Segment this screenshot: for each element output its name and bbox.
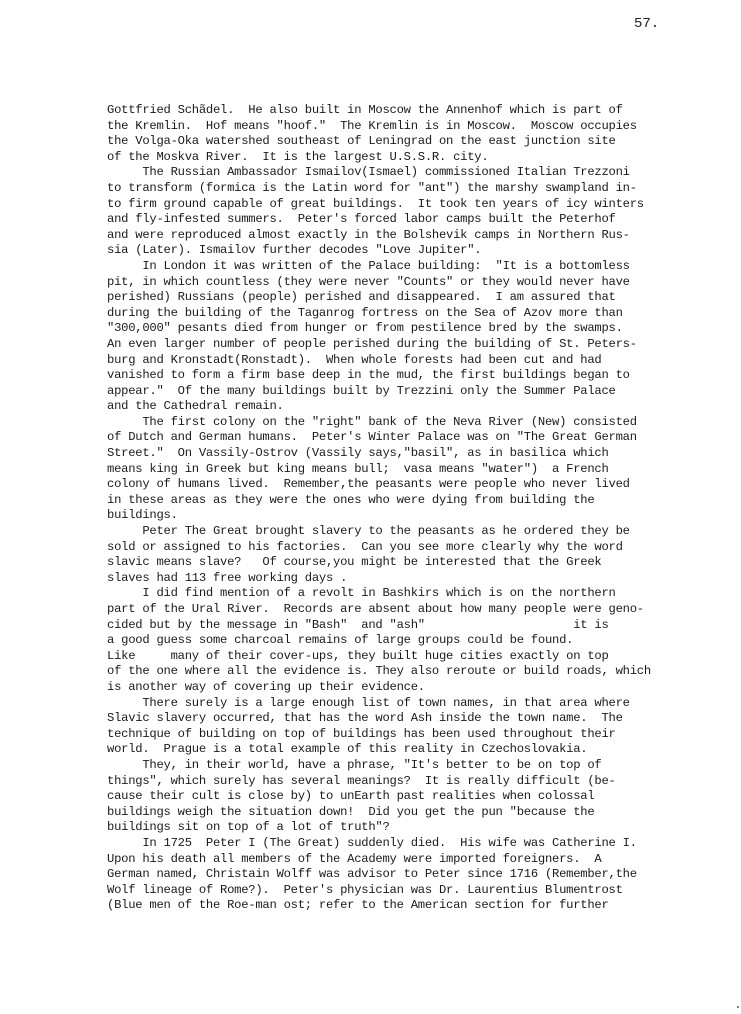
text-line: appear." Of the many buildings built by … <box>107 384 667 400</box>
text-line: Upon his death all members of the Academ… <box>107 852 667 868</box>
text-line: of the one where all the evidence is. Th… <box>107 664 667 680</box>
text-line: Peter The Great brought slavery to the p… <box>107 524 667 540</box>
text-line: pit, in which countless (they were never… <box>107 275 667 291</box>
text-line: a good guess some charcoal remains of la… <box>107 633 667 649</box>
text-line: part of the Ural River. Records are abse… <box>107 602 667 618</box>
text-line: in these areas as they were the ones who… <box>107 493 667 509</box>
text-line: burg and Kronstadt(Ronstadt). When whole… <box>107 353 667 369</box>
text-line: German named, Christain Wolff was adviso… <box>107 867 667 883</box>
text-line: They, in their world, have a phrase, "It… <box>107 758 667 774</box>
text-line: and were reproduced almost exactly in th… <box>107 228 667 244</box>
text-line: things", which surely has several meanin… <box>107 774 667 790</box>
text-line: The first colony on the "right" bank of … <box>107 415 667 431</box>
text-line: cause their cult is close by) to unEarth… <box>107 789 667 805</box>
text-line: technique of building on top of building… <box>107 727 667 743</box>
text-line: vanished to form a firm base deep in the… <box>107 368 667 384</box>
text-line: buildings. <box>107 508 667 524</box>
text-line: There surely is a large enough list of t… <box>107 696 667 712</box>
text-line: cided but by the message in "Bash" and "… <box>107 618 667 634</box>
text-line: and the Cathedral remain. <box>107 399 667 415</box>
text-line: is another way of covering up their evid… <box>107 680 667 696</box>
text-line: during the building of the Taganrog fort… <box>107 306 667 322</box>
scan-artifact <box>737 1006 739 1008</box>
text-line: In 1725 Peter I (The Great) suddenly die… <box>107 836 667 852</box>
text-line: sia (Later). Ismailov further decodes "L… <box>107 243 667 259</box>
text-line: of the Moskva River. It is the largest U… <box>107 150 667 166</box>
text-line: perished) Russians (people) perished and… <box>107 290 667 306</box>
text-line: buildings sit on top of a lot of truth"? <box>107 820 667 836</box>
text-line: and fly-infested summers. Peter's forced… <box>107 212 667 228</box>
text-line: the Volga-Oka watershed southeast of Len… <box>107 134 667 150</box>
text-line: Slavic slavery occurred, that has the wo… <box>107 711 667 727</box>
text-line: slavic means slave? Of course,you might … <box>107 555 667 571</box>
text-line: In London it was written of the Palace b… <box>107 259 667 275</box>
page-number: 57. <box>634 16 659 32</box>
text-line: The Russian Ambassador Ismailov(Ismael) … <box>107 165 667 181</box>
text-line: the Kremlin. Hof means "hoof." The Kreml… <box>107 119 667 135</box>
text-line: means king in Greek but king means bull;… <box>107 462 667 478</box>
text-line: Like many of their cover-ups, they built… <box>107 649 667 665</box>
text-line: An even larger number of people perished… <box>107 337 667 353</box>
text-line: (Blue men of the Roe-man ost; refer to t… <box>107 898 667 914</box>
text-line: Street." On Vassily-Ostrov (Vassily says… <box>107 446 667 462</box>
text-line: "300,000" pesants died from hunger or fr… <box>107 321 667 337</box>
document-body: Gottfried Schãdel. He also built in Mosc… <box>107 103 667 914</box>
text-line: to transform (formica is the Latin word … <box>107 181 667 197</box>
text-line: sold or assigned to his factories. Can y… <box>107 540 667 556</box>
text-line: I did find mention of a revolt in Bashki… <box>107 586 667 602</box>
text-line: world. Prague is a total example of this… <box>107 742 667 758</box>
text-line: colony of humans lived. Remember,the pea… <box>107 477 667 493</box>
text-line: to firm ground capable of great building… <box>107 197 667 213</box>
text-line: buildings weigh the situation down! Did … <box>107 805 667 821</box>
text-line: Gottfried Schãdel. He also built in Mosc… <box>107 103 667 119</box>
text-line: of Dutch and German humans. Peter's Wint… <box>107 430 667 446</box>
text-line: Wolf lineage of Rome?). Peter's physicia… <box>107 883 667 899</box>
text-line: slaves had 113 free working days . <box>107 571 667 587</box>
